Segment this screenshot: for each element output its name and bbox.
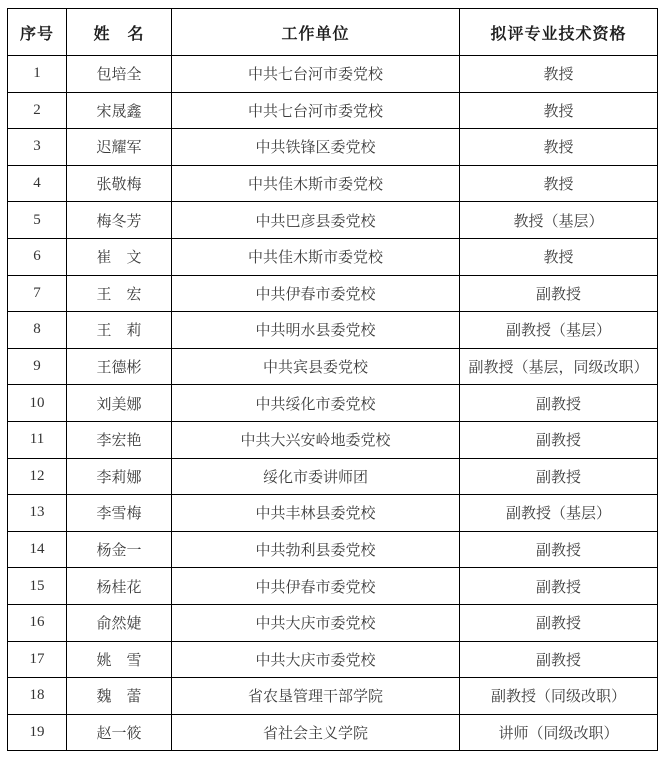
table-row: 14杨金一中共勃利县委党校副教授 [8, 531, 658, 568]
name-cell: 姚 雪 [67, 641, 172, 678]
name-cell: 李莉娜 [67, 458, 172, 495]
row-number-cell: 5 [8, 202, 67, 239]
name-cell: 梅冬芳 [67, 202, 172, 239]
table-row: 12李莉娜绥化市委讲师团副教授 [8, 458, 658, 495]
table-row: 2宋晟鑫中共七台河市委党校教授 [8, 92, 658, 129]
unit-cell: 省农垦管理干部学院 [172, 678, 460, 715]
name-cell: 李雪梅 [67, 495, 172, 532]
unit-cell: 中共大庆市委党校 [172, 604, 460, 641]
header-cell-title: 拟评专业技术资格 [460, 9, 658, 56]
title-cell: 副教授（基层，同级改职） [460, 348, 658, 385]
name-cell: 张敬梅 [67, 165, 172, 202]
row-number-cell: 1 [8, 56, 67, 93]
unit-cell: 中共宾县委党校 [172, 348, 460, 385]
title-cell: 副教授 [460, 604, 658, 641]
name-cell: 刘美娜 [67, 385, 172, 422]
title-cell: 副教授（同级改职） [460, 678, 658, 715]
row-number-cell: 18 [8, 678, 67, 715]
unit-cell: 中共七台河市委党校 [172, 92, 460, 129]
name-cell: 魏 蕾 [67, 678, 172, 715]
row-number-cell: 16 [8, 604, 67, 641]
unit-cell: 中共勃利县委党校 [172, 531, 460, 568]
row-number-cell: 11 [8, 421, 67, 458]
row-number-cell: 13 [8, 495, 67, 532]
unit-cell: 绥化市委讲师团 [172, 458, 460, 495]
title-cell: 教授 [460, 129, 658, 166]
table-row: 11李宏艳中共大兴安岭地委党校副教授 [8, 421, 658, 458]
unit-cell: 省社会主义学院 [172, 714, 460, 751]
title-cell: 副教授 [460, 275, 658, 312]
name-cell: 王德彬 [67, 348, 172, 385]
unit-cell: 中共大兴安岭地委党校 [172, 421, 460, 458]
name-cell: 迟耀军 [67, 129, 172, 166]
name-cell: 赵一筱 [67, 714, 172, 751]
table-row: 19赵一筱省社会主义学院讲师（同级改职） [8, 714, 658, 751]
row-number-cell: 17 [8, 641, 67, 678]
table-row: 6崔 文中共佳木斯市委党校教授 [8, 238, 658, 275]
row-number-cell: 10 [8, 385, 67, 422]
name-cell: 王 宏 [67, 275, 172, 312]
unit-cell: 中共铁锋区委党校 [172, 129, 460, 166]
title-cell: 教授 [460, 92, 658, 129]
document-page: 序号 姓 名 工作单位 拟评专业技术资格 1包培全中共七台河市委党校教授2宋晟鑫… [0, 0, 665, 760]
row-number-cell: 2 [8, 92, 67, 129]
name-cell: 俞然婕 [67, 604, 172, 641]
table-row: 1包培全中共七台河市委党校教授 [8, 56, 658, 93]
unit-cell: 中共伊春市委党校 [172, 568, 460, 605]
title-cell: 副教授 [460, 385, 658, 422]
row-number-cell: 14 [8, 531, 67, 568]
table-row: 16俞然婕中共大庆市委党校副教授 [8, 604, 658, 641]
unit-cell: 中共佳木斯市委党校 [172, 165, 460, 202]
qualification-table: 序号 姓 名 工作单位 拟评专业技术资格 1包培全中共七台河市委党校教授2宋晟鑫… [7, 8, 658, 751]
row-number-cell: 12 [8, 458, 67, 495]
name-cell: 李宏艳 [67, 421, 172, 458]
title-cell: 教授 [460, 165, 658, 202]
table-row: 15杨桂花中共伊春市委党校副教授 [8, 568, 658, 605]
row-number-cell: 19 [8, 714, 67, 751]
unit-cell: 中共七台河市委党校 [172, 56, 460, 93]
table-row: 10刘美娜中共绥化市委党校副教授 [8, 385, 658, 422]
title-cell: 副教授（基层） [460, 312, 658, 349]
name-cell: 崔 文 [67, 238, 172, 275]
name-cell: 包培全 [67, 56, 172, 93]
table-row: 9王德彬中共宾县委党校副教授（基层，同级改职） [8, 348, 658, 385]
title-cell: 副教授 [460, 458, 658, 495]
table-row: 17姚 雪中共大庆市委党校副教授 [8, 641, 658, 678]
table-row: 5梅冬芳中共巴彦县委党校教授（基层） [8, 202, 658, 239]
row-number-cell: 8 [8, 312, 67, 349]
row-number-cell: 3 [8, 129, 67, 166]
name-cell: 杨桂花 [67, 568, 172, 605]
table-row: 4张敬梅中共佳木斯市委党校教授 [8, 165, 658, 202]
title-cell: 副教授（基层） [460, 495, 658, 532]
title-cell: 副教授 [460, 568, 658, 605]
table-row: 18魏 蕾省农垦管理干部学院副教授（同级改职） [8, 678, 658, 715]
unit-cell: 中共明水县委党校 [172, 312, 460, 349]
title-cell: 教授（基层） [460, 202, 658, 239]
name-cell: 杨金一 [67, 531, 172, 568]
title-cell: 教授 [460, 238, 658, 275]
unit-cell: 中共佳木斯市委党校 [172, 238, 460, 275]
table-header: 序号 姓 名 工作单位 拟评专业技术资格 [8, 9, 658, 56]
table-row: 3迟耀军中共铁锋区委党校教授 [8, 129, 658, 166]
table-row: 8王 莉中共明水县委党校副教授（基层） [8, 312, 658, 349]
unit-cell: 中共绥化市委党校 [172, 385, 460, 422]
unit-cell: 中共巴彦县委党校 [172, 202, 460, 239]
table-body: 1包培全中共七台河市委党校教授2宋晟鑫中共七台河市委党校教授3迟耀军中共铁锋区委… [8, 56, 658, 751]
row-number-cell: 7 [8, 275, 67, 312]
name-cell: 王 莉 [67, 312, 172, 349]
name-cell: 宋晟鑫 [67, 92, 172, 129]
title-cell: 副教授 [460, 421, 658, 458]
header-row: 序号 姓 名 工作单位 拟评专业技术资格 [8, 9, 658, 56]
unit-cell: 中共丰林县委党校 [172, 495, 460, 532]
unit-cell: 中共伊春市委党校 [172, 275, 460, 312]
row-number-cell: 6 [8, 238, 67, 275]
row-number-cell: 15 [8, 568, 67, 605]
header-cell-no: 序号 [8, 9, 67, 56]
title-cell: 讲师（同级改职） [460, 714, 658, 751]
title-cell: 副教授 [460, 531, 658, 568]
row-number-cell: 9 [8, 348, 67, 385]
table-row: 13李雪梅中共丰林县委党校副教授（基层） [8, 495, 658, 532]
unit-cell: 中共大庆市委党校 [172, 641, 460, 678]
table-row: 7王 宏中共伊春市委党校副教授 [8, 275, 658, 312]
header-cell-unit: 工作单位 [172, 9, 460, 56]
row-number-cell: 4 [8, 165, 67, 202]
title-cell: 教授 [460, 56, 658, 93]
header-cell-name: 姓 名 [67, 9, 172, 56]
title-cell: 副教授 [460, 641, 658, 678]
